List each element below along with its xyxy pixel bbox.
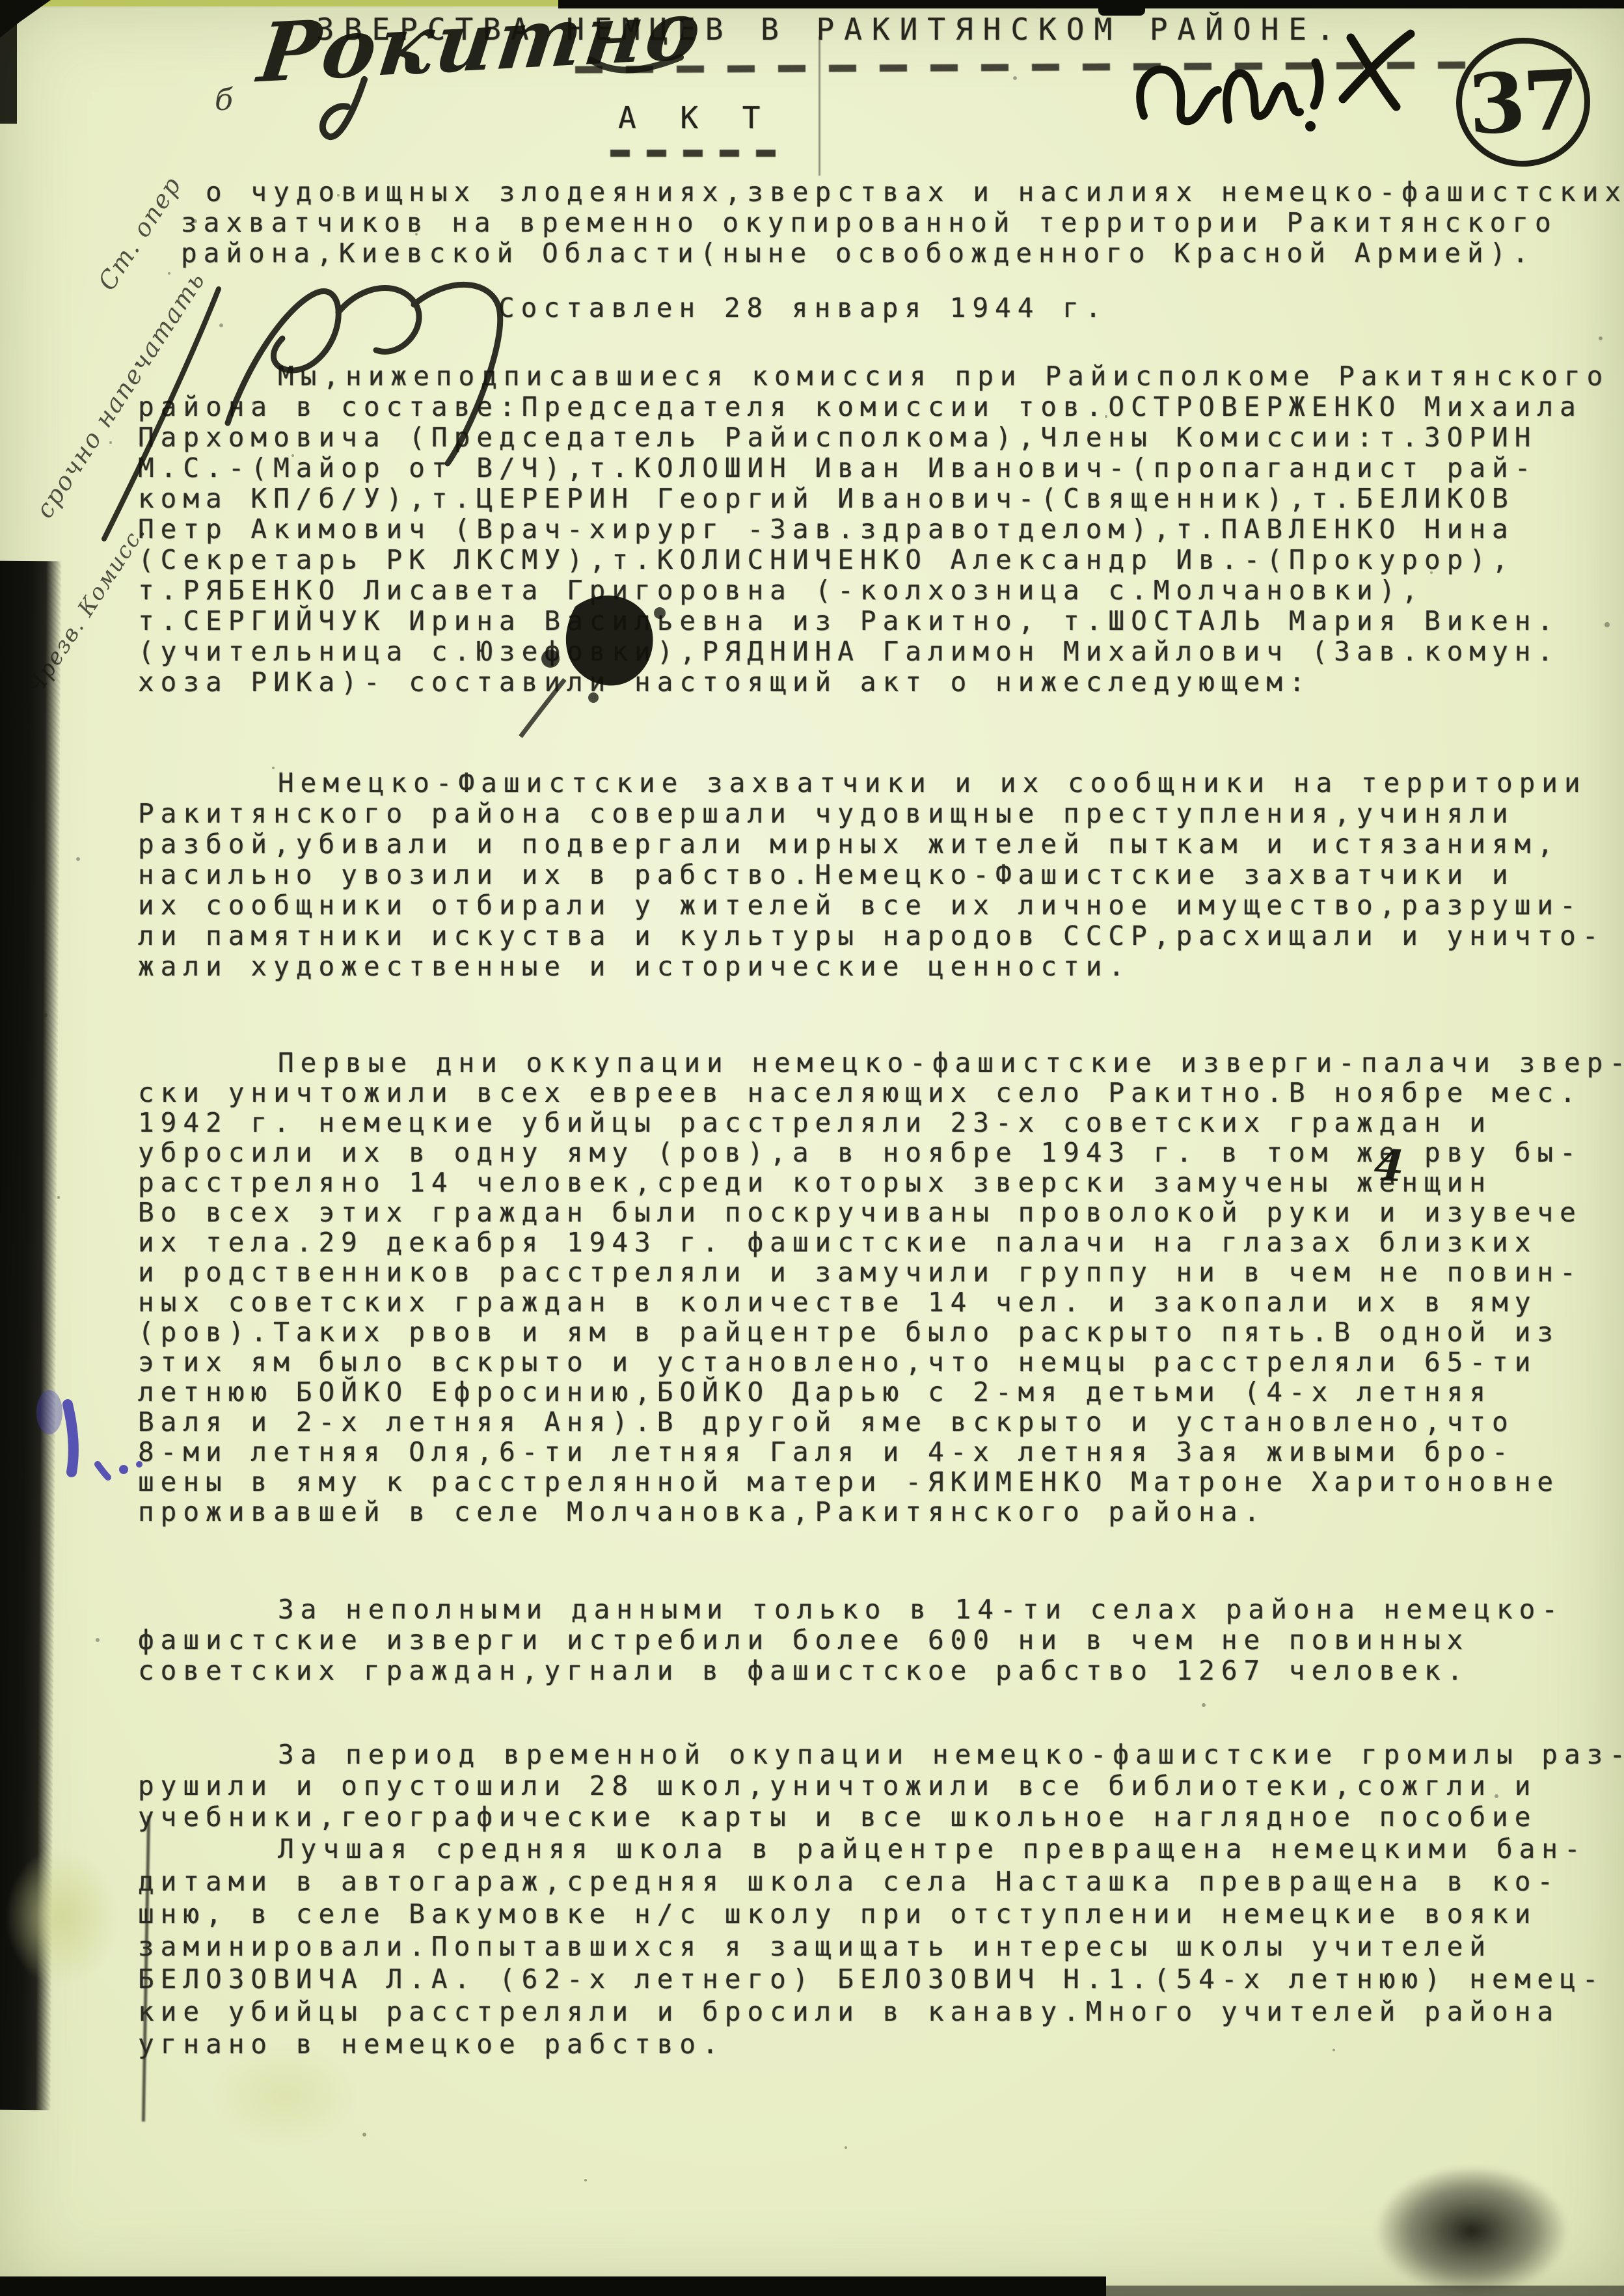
ink-blot-icon xyxy=(521,595,666,737)
signature-scrawl-icon xyxy=(323,57,681,137)
paper-speckles xyxy=(37,76,1610,2181)
top-right-scrawl-icon xyxy=(1140,34,1411,131)
blue-ink-marks-icon xyxy=(36,1390,142,1477)
margin-signature-scrawl-icon xyxy=(104,284,500,539)
handwriting-overlay xyxy=(0,0,1624,2296)
scanned-document-page: ЗВЕРСТВА НЕМЦЕВ В РАКИТЯНСКОМ РАЙОНЕ. А … xyxy=(0,0,1624,2296)
